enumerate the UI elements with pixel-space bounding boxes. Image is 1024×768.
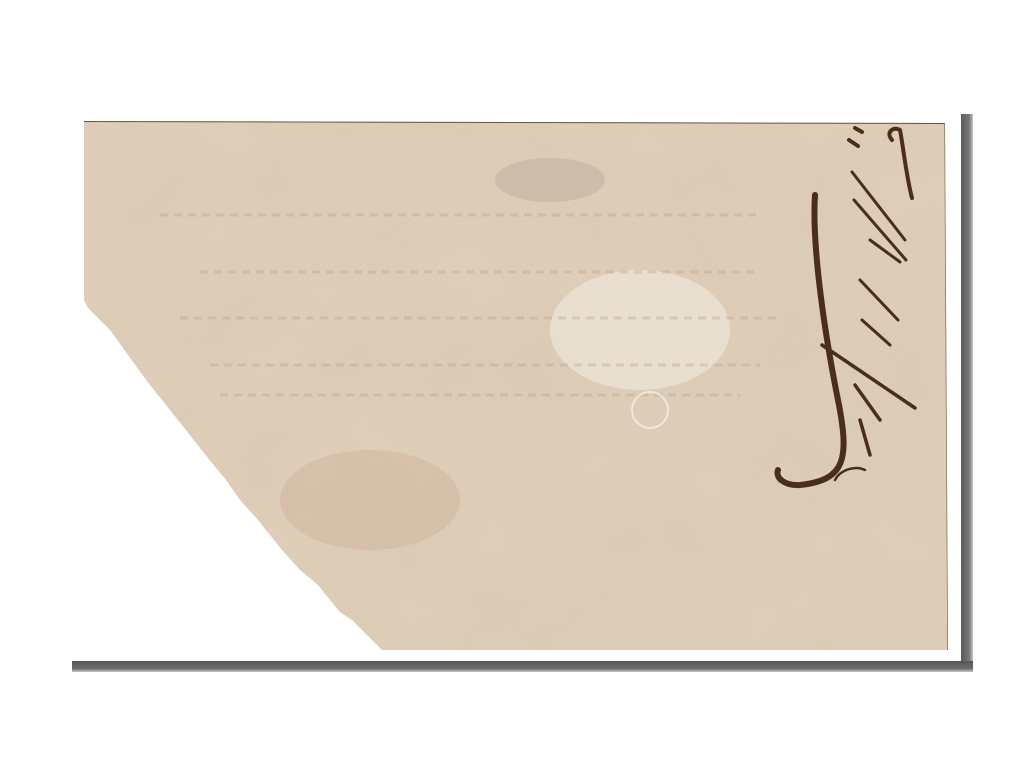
handwritten-signature: Malafosse — [0, 0, 1024, 768]
signature-text: Malafosse — [0, 0, 82, 4]
